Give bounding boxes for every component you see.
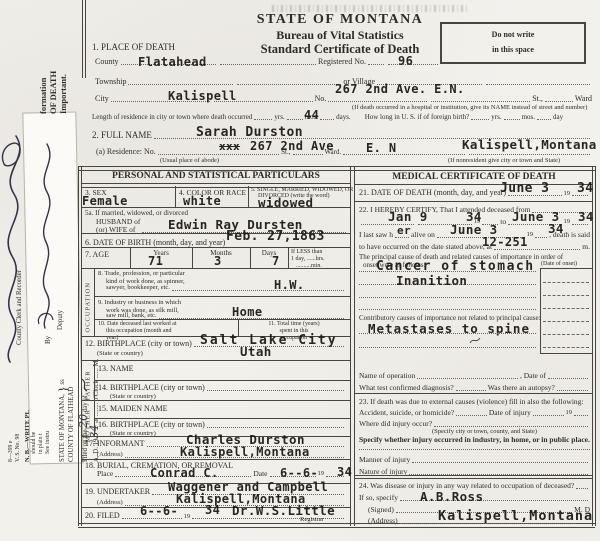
state-country-note: (State or country) [110,393,156,400]
corner-note-line: OF DEATH [48,71,58,114]
abode-note: (Usual place of abode) [160,157,219,164]
city-label: City [95,95,109,103]
where-injury-label: Where did injury occur? [359,420,432,428]
form-line [359,332,536,334]
if-so-specify-label: If so, specify [359,494,398,502]
informant-label: 17. INFORMANT [85,440,145,448]
form-line [355,393,592,394]
county-label: County [95,58,119,66]
form-line [359,296,536,298]
dob-label: 6. DATE OF BIRTH (month, day, and year) [85,238,225,247]
residence-direction-value: E. N [366,141,397,155]
form-line [355,201,592,202]
age-years-value: 71 [148,254,163,268]
residence-length-label: Length of residence in city or town wher… [92,114,252,121]
father-name-label: 13. NAME [98,364,134,373]
nb-note-line: See instru [45,352,52,462]
left-panel-title: PERSONAL AND STATISTICAL PARTICULARS [82,171,350,181]
burial-year-value: 34 [337,465,352,479]
do-not-write-line: in this space [442,45,584,54]
where-injury-note: (Specify city or town, county, and State… [432,428,537,435]
form-line [355,475,592,479]
clerk-signature [0,128,30,370]
county-value: Flatahead [138,55,207,69]
burial-place-label: Place [97,470,113,478]
alive-on-label: alive on [411,231,435,239]
secondary-cause-value: Inanition [396,273,467,288]
deputy-signature [33,138,59,334]
age-less-label: If LESS than [291,249,322,255]
residence-years-value: 44 [304,108,319,122]
m-label: m. [582,243,590,251]
registered-no-label: Registered No. [318,58,366,66]
form-line [354,166,355,526]
form-line [81,360,350,361]
clerk-title: County Clerk and Recorder [16,270,23,345]
place-of-death-label: 1. PLACE OF DEATH [92,42,175,52]
residence-strikeout: xxx [219,140,240,153]
date-of-death-label: 21. DATE OF DEATH (month, day, and year) [359,189,506,197]
form-line [81,400,350,401]
yrs-label: yrs. [491,114,501,121]
nb-note-line: in plain t [38,352,45,462]
attended-from-value: Jan 9 [388,209,428,224]
nb-note-line: N. B.—WRITE PL [24,352,31,462]
burial-date-value: 6--6- [280,466,318,480]
form-line [359,448,590,450]
residence-no-label: (a) Residence: No. [96,148,156,156]
father-vertical-label: FATHER [85,361,92,401]
township-label: Township [95,78,126,86]
to-label: to [500,218,506,226]
form-line [82,0,83,78]
dob-value: Feb. 27,1863 [226,229,325,244]
manner-label: Manner of injury [359,456,410,464]
margin-corner-note: formation OF DEATH Important. [38,71,68,114]
printed-19: 19 [184,514,191,521]
external-causes-label: 23. If death was due to external causes … [359,397,584,406]
printed-19: 19 [318,471,325,478]
trade-label: 8. Trade, profession, or particularkind … [98,270,185,285]
bureau-subtitle: Bureau of Vital Statistics [255,28,425,43]
injury-date-label: Date of injury [489,409,531,417]
foreign-birth-label: How long in U. S. if of foreign birth? [365,114,470,121]
vs-number: V. S. No. 98 [15,352,22,462]
date-of-label: , Date of [520,372,546,380]
printed-19: 19 [564,191,571,198]
trade-value: H.W. [274,278,305,292]
registrar-note: Registrar [300,516,324,523]
address-label: (Address) [368,517,398,525]
last-saw-her: er [397,224,411,237]
signed-label: (Signed) [368,506,394,514]
address-note: (Address) [97,500,123,507]
form-line [543,281,589,283]
filing-state: STATE OF MONTANA, [59,394,66,462]
village-address-value: 267 2nd Ave. E.N. [335,82,465,96]
age-months-value: 3 [214,254,222,268]
ward-label: Ward [575,95,592,103]
operation-label: Name of operation [359,372,415,380]
form-line [355,184,592,185]
age-days-value: 7 [272,254,280,268]
day-label: day [553,114,563,121]
race-value: white [183,194,221,208]
filed-label: 20. FILED [85,512,120,520]
form-line [85,0,86,78]
form-line [78,166,79,526]
form-number: 8—399 e [8,352,15,462]
form-line [543,346,589,348]
birthplace-state-value: Utah [240,344,272,359]
form-line [94,296,350,297]
do-not-write-box: Do not write in this space [440,22,586,64]
sex-value: Female [82,194,128,208]
nonresident-note: (If nonresident give city or town and St… [448,157,560,164]
form-line [248,186,249,207]
specify-injury-label: Specify whether injury occurred in indus… [359,435,590,444]
accident-label: Accident, suicide, or homicide? [359,409,454,417]
filed-year-value: 34 [205,503,220,517]
filed-date-value: 6--6- [140,504,178,518]
mos-label: mos. [522,114,535,121]
form-line [81,268,350,269]
burial-date-label: Date [253,470,267,478]
corner-note-line: formation [38,71,48,114]
time-of-death-value: 12-251 [482,235,528,249]
registered-no-value: 96 [398,54,413,68]
mother-maiden-label: 15. MAIDEN NAME [98,404,168,413]
principal-cause-value: Cancer of stomach [376,259,535,274]
attended-to-year: 34 [578,209,594,224]
age-label: 7. AGE [85,250,109,259]
occupation-vertical-label: OCCUPATION [85,273,92,333]
form-line [543,320,589,322]
physician-address-value: Kalispell,Montana [438,508,593,524]
days-label: days. [336,114,351,121]
filing-county: COUNTY OF FLATHEAD [67,262,76,462]
form-line [94,418,350,419]
form-line [81,166,82,526]
street-no-label: No. [315,95,327,103]
form-line [359,346,536,348]
form-line [359,308,536,310]
form-line [288,247,289,268]
faint-illegible-stamp [272,5,467,12]
undertaker-label: 19. UNDERTAKER [85,488,150,496]
form-line [94,268,95,336]
street-label: St., [532,95,543,103]
margin-form-number-block: 8—399 e V. S. No. 98 N. B.—WRITE PL shou… [8,352,52,462]
last-saw-label: I last saw h [359,231,393,239]
test-label: What test confirmed diagnosis? [359,384,454,392]
form-line [94,380,350,381]
full-name-label: 2. FULL NAME [92,131,152,140]
printed-19: 19 [564,219,571,226]
certify-label: 22. I HEREBY CERTIFY, That I attended de… [359,206,530,214]
physician-signature-value: A.B.Ross [420,489,483,504]
state-country-note: (State or country) [97,350,143,357]
last-saw-year: 34 [548,221,564,236]
nb-note-line: should be [31,352,38,462]
right-panel-title: MEDICAL CERTIFICATE OF DEATH [356,172,592,182]
form-line [543,307,589,309]
age-days-label: Days [250,249,288,257]
do-not-write-line: Do not write [442,30,584,39]
date-of-death-year: 34 [577,181,593,196]
occurred-label: to have occurred on the date stated abov… [359,243,492,251]
form-line [81,459,350,460]
printed-19: 19 [566,410,573,417]
date-of-onset-note: (Date of onset) [541,261,577,267]
form-line [595,166,596,526]
residence-city-value: Kalispell,Montana [462,137,597,152]
state-title: STATE OF MONTANA [255,12,425,28]
filing-ss: ss [59,379,66,384]
spouse-label: 5a. If married, widowed, or divorced [85,209,188,217]
father-birthplace-label: 14. BIRTHPLACE (city or town) [98,384,205,392]
form-line [94,319,350,320]
scanned-death-certificate: formation OF DEATH Important. County Cle… [0,0,600,541]
residence-street-value: 267 2nd Ave [250,139,334,153]
autopsy-label: Was there an autopsy? [488,384,555,392]
hospital-note: (If death occurred in a hospital or inst… [352,104,587,111]
corner-note-line: Important. [58,71,68,114]
trade-label: sawyer, bookkeeper, etc. [106,285,170,292]
address-note: (Address) [97,452,123,459]
burial-place-value: Conrad C. [150,466,219,480]
yrs-label: yrs. [274,114,284,121]
mother-birthplace-label: 16. BIRTHPLACE (city or town) [98,421,205,429]
form-line [175,186,176,207]
full-name-value: Sarah Durston [196,125,303,140]
date-of-death-value: June 3 [500,181,549,196]
form-line [543,333,589,335]
form-line [81,247,350,248]
city-value: Kalispell [168,89,237,103]
informant-address-value: Kalispell,Montana [180,445,310,459]
birthplace-label: 12. BIRTHPLACE (city or town) [85,340,192,348]
deputy-by-label: By [44,336,52,344]
pen-mark [468,335,482,345]
form-line [543,294,589,296]
form-line [81,207,350,208]
age-less-row: 1 day, ......hrs. [291,256,325,262]
industry-value: Home [232,305,263,319]
